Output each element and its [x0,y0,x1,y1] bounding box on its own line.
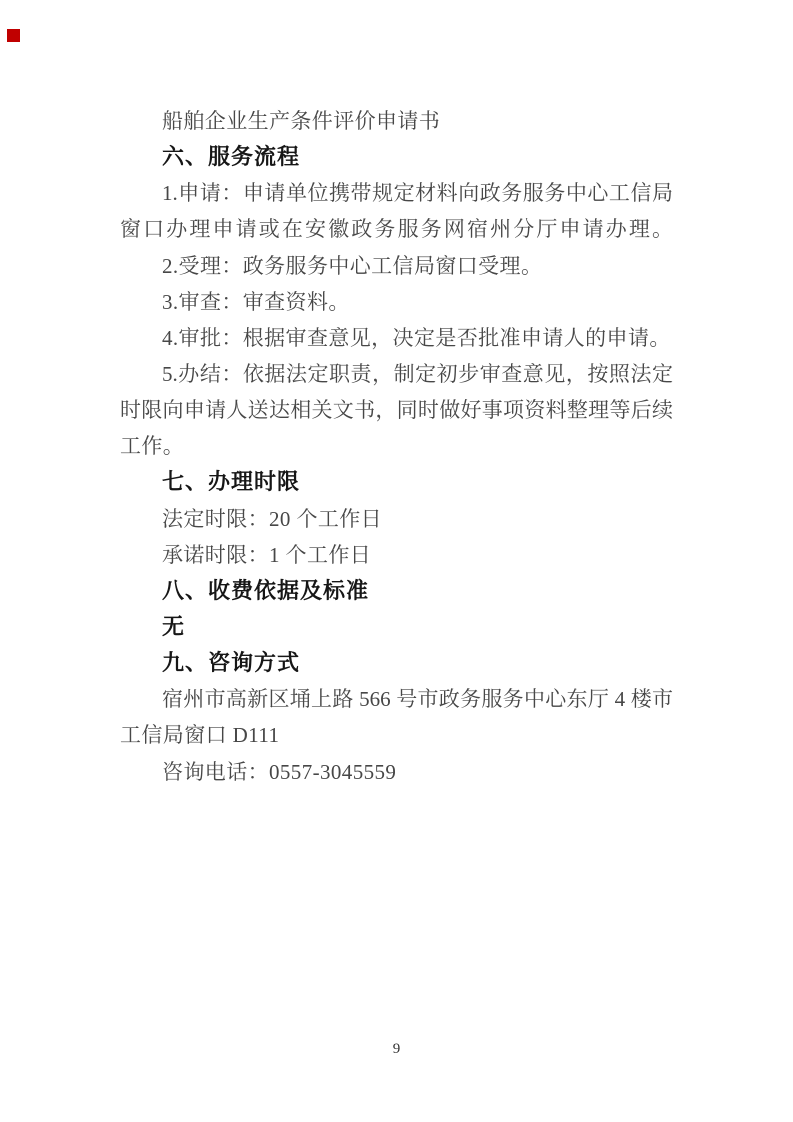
text-line: 窗口办理申请或在安徽政务服务网宿州分厅申请办理。 [120,211,673,247]
text-line: 5.办结：依据法定职责，制定初步审查意见，按照法定 [120,356,673,392]
text-line: 咨询电话：0557-3045559 [120,754,673,790]
text-line: 时限向申请人送达相关文书，同时做好事项资料整理等后续 [120,392,673,428]
text-line: 法定时限：20 个工作日 [120,501,673,537]
section-heading: 无 [120,609,673,645]
document-page: 船舶企业生产条件评价申请书六、服务流程1.申请：申请单位携带规定材料向政务服务中… [0,0,793,1122]
section-heading: 六、服务流程 [120,139,673,175]
text-line: 工信局窗口 D111 [120,717,673,753]
text-line: 4.审批：根据审查意见，决定是否批准申请人的申请。 [120,320,673,356]
text-line: 工作。 [120,428,673,464]
section-heading: 八、收费依据及标准 [120,573,673,609]
text-line: 船舶企业生产条件评价申请书 [120,103,673,139]
text-line: 1.申请：申请单位携带规定材料向政务服务中心工信局 [120,175,673,211]
red-square-marker [7,29,20,42]
text-line: 宿州市高新区埇上路 566 号市政务服务中心东厅 4 楼市 [120,681,673,717]
section-heading: 七、办理时限 [120,464,673,500]
document-body: 船舶企业生产条件评价申请书六、服务流程1.申请：申请单位携带规定材料向政务服务中… [120,103,673,790]
text-line: 3.审查：审查资料。 [120,284,673,320]
page-number: 9 [0,1038,793,1060]
text-line: 承诺时限：1 个工作日 [120,537,673,573]
section-heading: 九、咨询方式 [120,645,673,681]
text-line: 2.受理：政务服务中心工信局窗口受理。 [120,248,673,284]
